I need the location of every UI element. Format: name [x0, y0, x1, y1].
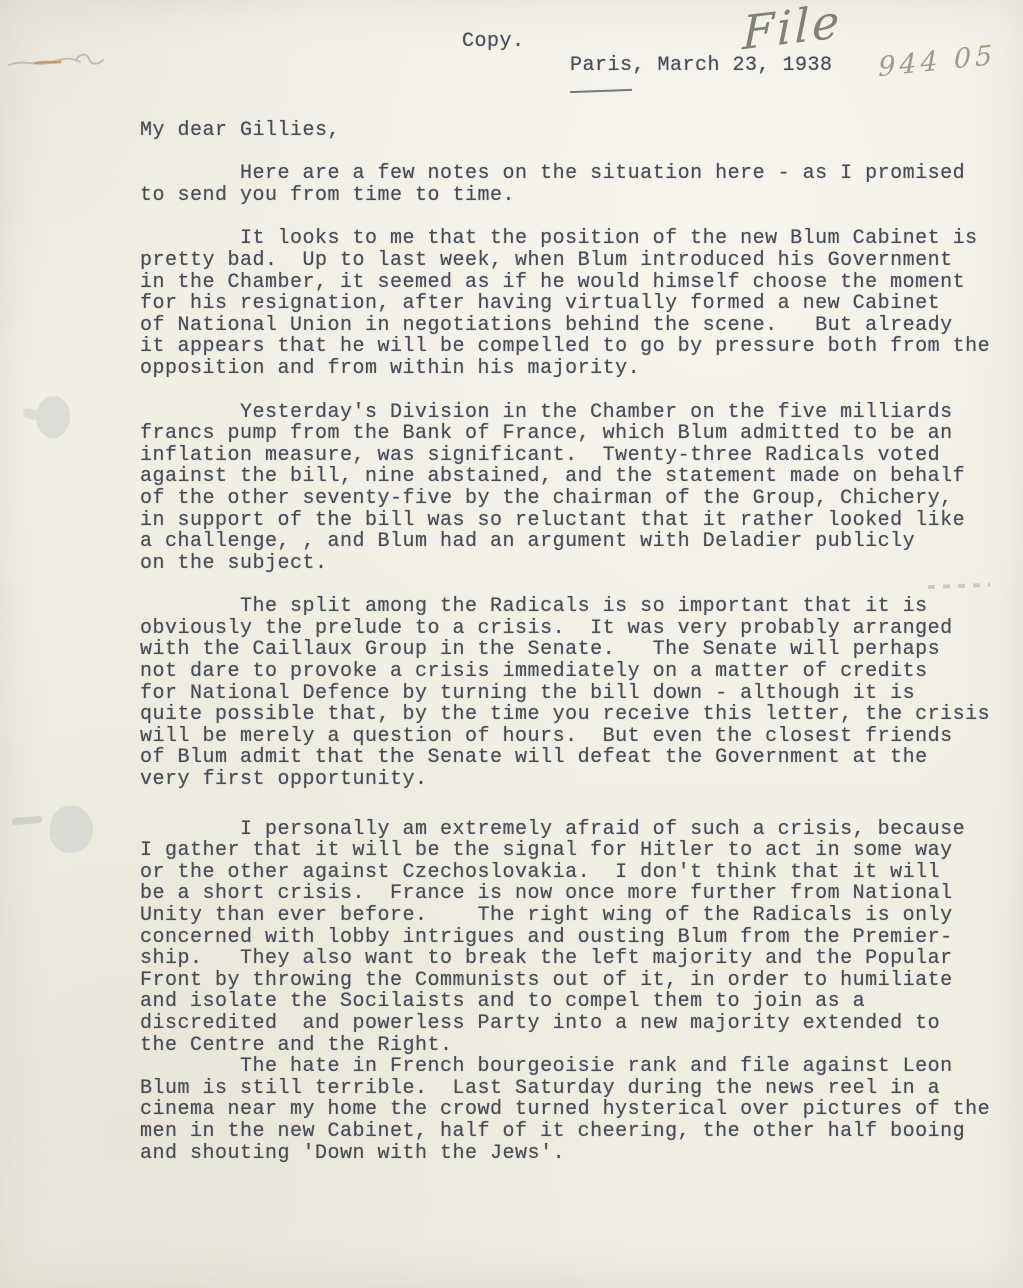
- salutation: My dear Gillies,: [140, 120, 1020, 142]
- text-line: not dare to provoke a crisis immediately…: [140, 661, 1020, 683]
- text-line: I gather that it will be the signal for …: [140, 840, 1020, 862]
- text-line: Unity than ever before. The right wing o…: [140, 905, 1020, 927]
- text-line: men in the new Cabinet, half of it cheer…: [140, 1121, 1020, 1143]
- text-line: Front by throwing the Communists out of …: [140, 970, 1020, 992]
- text-line: Yesterday's Division in the Chamber on t…: [140, 402, 1020, 424]
- text-line: very first opportunity.: [140, 769, 1020, 791]
- paragraphs-container: Here are a few notes on the situation he…: [140, 163, 1020, 1164]
- text-line: for National Defence by turning the bill…: [140, 683, 1020, 705]
- text-line: Blum is still terrible. Last Saturday du…: [140, 1078, 1020, 1100]
- text-line: in the Chamber, it seemed as if he would…: [140, 272, 1020, 294]
- text-line: the Centre and the Right.: [140, 1035, 1020, 1057]
- date-underline: [570, 89, 632, 93]
- paper-smudge-dash: [12, 816, 42, 826]
- text-line: in support of the bill was so reluctant …: [140, 510, 1020, 532]
- text-line: It looks to me that the position of the …: [140, 228, 1020, 250]
- paper-hole-mark-lower: [47, 803, 96, 856]
- text-line: I personally am extremely afraid of such…: [140, 819, 1020, 841]
- copy-label: Copy.: [462, 31, 525, 53]
- text-line: obviously the prelude to a crisis. It wa…: [140, 618, 1020, 640]
- text-line: on the subject.: [140, 553, 1020, 575]
- paper-hole-mark-upper: [36, 396, 70, 438]
- text-line: of National Union in negotiations behind…: [140, 315, 1020, 337]
- text-line: will be merely a question of hours. But …: [140, 726, 1020, 748]
- text-line: The hate in French bourgeoisie rank and …: [140, 1056, 1020, 1078]
- paragraph-2: It looks to me that the position of the …: [140, 228, 1020, 379]
- dateline: Paris, March 23, 1938: [570, 55, 833, 77]
- text-line: or the other against Czechoslovakia. I d…: [140, 862, 1020, 884]
- text-line: pretty bad. Up to last week, when Blum i…: [140, 250, 1020, 272]
- text-line: francs pump from the Bank of France, whi…: [140, 423, 1020, 445]
- handwritten-file-annotation: File: [742, 0, 843, 60]
- text-line: against the bill, nine abstained, and th…: [140, 466, 1020, 488]
- text-line: for his resignation, after having virtua…: [140, 293, 1020, 315]
- paragraph-1: Here are a few notes on the situation he…: [140, 163, 1020, 206]
- paragraph-3: Yesterday's Division in the Chamber on t…: [140, 402, 1020, 575]
- paper-clip-rust-mark: [6, 46, 112, 74]
- text-line: quite possible that, by the time you rec…: [140, 704, 1020, 726]
- letter-body: My dear Gillies, Here are a few notes on…: [140, 120, 1020, 1186]
- paragraph-4: The split among the Radicals is so impor…: [140, 596, 1020, 790]
- handwritten-number-annotation: 944 05: [878, 40, 996, 84]
- text-line: be a short crisis. France is now once mo…: [140, 883, 1020, 905]
- text-line: of the other seventy-five by the chairma…: [140, 488, 1020, 510]
- text-line: concerned with lobby intrigues and ousti…: [140, 927, 1020, 949]
- text-line: a challenge, , and Blum had an argument …: [140, 531, 1020, 553]
- text-line: inflation measure, was significant. Twen…: [140, 445, 1020, 467]
- text-line: Here are a few notes on the situation he…: [140, 163, 1020, 185]
- paragraph-6: The hate in French bourgeoisie rank and …: [140, 1056, 1020, 1164]
- text-line: opposition and from within his majority.: [140, 358, 1020, 380]
- letter-page: Copy. Paris, March 23, 1938 File 944 05 …: [0, 0, 1023, 1288]
- text-line: and shouting 'Down with the Jews'.: [140, 1143, 1020, 1165]
- paper-clip-rust-mark-svg: [6, 46, 112, 74]
- text-line: it appears that he will be compelled to …: [140, 336, 1020, 358]
- text-line: with the Caillaux Group in the Senate. T…: [140, 639, 1020, 661]
- text-line: cinema near my home the crowd turned hys…: [140, 1099, 1020, 1121]
- text-line: and isolate the Socilaists and to compel…: [140, 991, 1020, 1013]
- paragraph-5: I personally am extremely afraid of such…: [140, 819, 1020, 1057]
- text-line: ship. They also want to break the left m…: [140, 948, 1020, 970]
- text-line: The split among the Radicals is so impor…: [140, 596, 1020, 618]
- text-line: to send you from time to time.: [140, 185, 1020, 207]
- text-line: discredited and powerless Party into a n…: [140, 1013, 1020, 1035]
- text-line: of Blum admit that the Senate will defea…: [140, 747, 1020, 769]
